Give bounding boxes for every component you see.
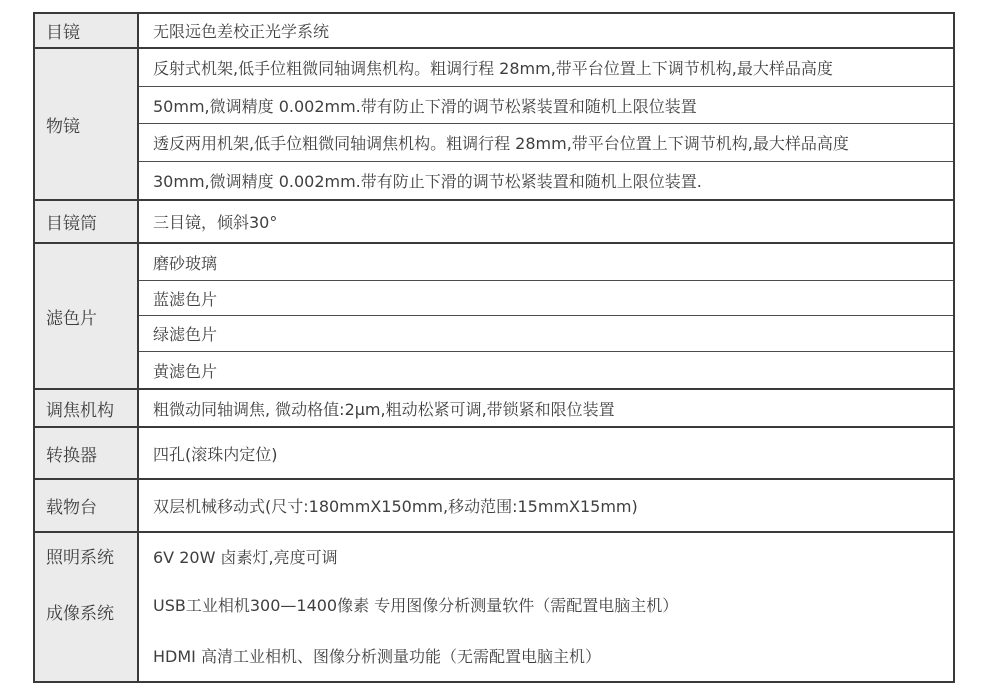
spec-value: 透反两用机架,低手位粗微同轴调焦机构。粗调行程 28mm,带平台位置上下调节机构… bbox=[139, 124, 953, 162]
spec-value: 黄滤色片 bbox=[139, 352, 953, 388]
spec-value: 磨砂玻璃 bbox=[139, 244, 953, 281]
spec-label-imaging: 成像系统 bbox=[35, 577, 137, 645]
spec-value: HDMI 高清工业相机、图像分析测量功能（无需配置电脑主机） bbox=[139, 630, 953, 681]
spec-value: 双层机械移动式(尺寸:180mmX150mm,移动范围:15mmX15mm) bbox=[139, 480, 953, 531]
spec-value: 粗微动同轴调焦, 微动格值:2μm,粗动松紧可调,带锁紧和限位装置 bbox=[139, 390, 953, 426]
spec-label-eyepiece-tube: 目镜筒 bbox=[35, 201, 139, 242]
spec-value: 绿滤色片 bbox=[139, 316, 953, 352]
spec-group-objective: 物镜 反射式机架,低手位粗微同轴调焦机构。粗调行程 28mm,带平台位置上下调节… bbox=[35, 49, 953, 201]
spec-value: 四孔(滚珠内定位) bbox=[139, 428, 953, 478]
spec-value: USB工业相机300—1400像素 专用图像分析测量软件（需配置电脑主机） bbox=[139, 579, 953, 630]
spec-value: 30mm,微调精度 0.002mm.带有防止下滑的调节松紧装置和随机上限位装置. bbox=[139, 162, 953, 199]
spec-value: 50mm,微调精度 0.002mm.带有防止下滑的调节松紧装置和随机上限位装置 bbox=[139, 87, 953, 124]
spec-label-filters: 滤色片 bbox=[35, 244, 139, 388]
spec-group-filters: 滤色片 磨砂玻璃 蓝滤色片 绿滤色片 黄滤色片 bbox=[35, 244, 953, 390]
spec-value: 蓝滤色片 bbox=[139, 281, 953, 316]
spec-sheet-page: 目镜 无限远色差校正光学系统 物镜 反射式机架,低手位粗微同轴调焦机构。粗调行程… bbox=[0, 0, 985, 691]
spec-group-eyepiece: 目镜 无限远色差校正光学系统 bbox=[35, 14, 953, 49]
spec-group-eyepiece-tube: 目镜筒 三目镜，倾斜30° bbox=[35, 201, 953, 244]
spec-value: 6V 20W 卤素灯,亮度可调 bbox=[139, 533, 953, 579]
spec-label-illumination: 照明系统 bbox=[35, 533, 137, 577]
spec-label-illumination-imaging: 照明系统 成像系统 bbox=[35, 533, 139, 681]
spec-label-objective: 物镜 bbox=[35, 49, 139, 199]
spec-group-stage: 载物台 双层机械移动式(尺寸:180mmX150mm,移动范围:15mmX15m… bbox=[35, 480, 953, 533]
spec-group-illumination-imaging: 照明系统 成像系统 6V 20W 卤素灯,亮度可调 USB工业相机300—140… bbox=[35, 533, 953, 681]
spec-group-nosepiece: 转换器 四孔(滚珠内定位) bbox=[35, 428, 953, 480]
spec-group-focusing: 调焦机构 粗微动同轴调焦, 微动格值:2μm,粗动松紧可调,带锁紧和限位装置 bbox=[35, 390, 953, 428]
spec-value: 反射式机架,低手位粗微同轴调焦机构。粗调行程 28mm,带平台位置上下调节机构,… bbox=[139, 49, 953, 87]
spec-label-stage: 载物台 bbox=[35, 480, 139, 531]
spec-label-nosepiece: 转换器 bbox=[35, 428, 139, 478]
spec-value: 无限远色差校正光学系统 bbox=[139, 14, 953, 47]
spec-value: 三目镜，倾斜30° bbox=[139, 201, 953, 242]
microscope-spec-table: 目镜 无限远色差校正光学系统 物镜 反射式机架,低手位粗微同轴调焦机构。粗调行程… bbox=[33, 12, 955, 683]
spec-label-focusing: 调焦机构 bbox=[35, 390, 139, 426]
spec-label-eyepiece: 目镜 bbox=[35, 14, 139, 47]
